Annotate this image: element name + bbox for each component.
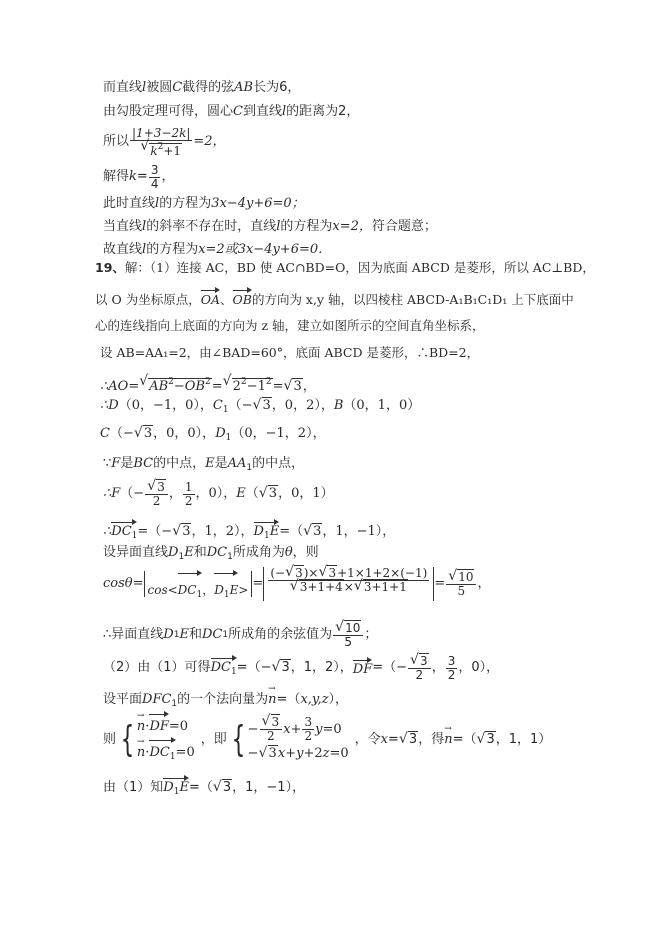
formula-coords-2: C（−3，0，0），D1（0，−1，2）， <box>100 426 326 446</box>
text: = <box>137 169 148 185</box>
text: 而直线 <box>103 80 142 95</box>
text: 的距离为2， <box>286 104 359 119</box>
var-C: C <box>233 104 243 119</box>
text: 到直线 <box>243 104 282 119</box>
text-line-equation: 此时直线l的方程为3x−4y+6=0； <box>103 196 305 212</box>
text: 所以 <box>103 134 129 150</box>
text-line-chord: 而直线l被圆C截得的弦AB长为6， <box>103 80 300 96</box>
q19-line-1: 19、解：（1）连接 AC，BD 使 AC∩BD=O，因为底面 ABCD 是菱形… <box>95 260 595 276</box>
fraction: 34 <box>149 164 161 191</box>
text-line-pythagoras: 由勾股定理可得，圆心C到直线l的距离为2， <box>103 104 359 120</box>
q19-line-4: 设 AB=AA₁=2，由∠BAD=60°，底面 ABCD 是菱形，∴BD=2， <box>100 345 479 361</box>
text: 被圆 <box>146 80 172 95</box>
text-angle-setup: 设异面直线D1E和DC1所成角为θ，则 <box>103 545 319 565</box>
var-C: C <box>172 80 182 95</box>
text: 长为6， <box>253 80 300 95</box>
system-left: n·DF=0 n·DC1=0 <box>137 712 195 768</box>
formula-AO: ∴AO=AB2−OB2=22−12=3， <box>100 374 316 395</box>
formula-coords-1: ∴D（0，−1，0），C1（−3，0，2），B（0，1，0） <box>100 398 420 418</box>
text: 设 AB=AA₁=2，由∠BAD=60°，底面 ABCD 是菱形，∴BD=2， <box>100 345 479 360</box>
part-label: （2） <box>103 660 137 676</box>
document-page: 而直线l被圆C截得的弦AB长为6， 由勾股定理可得，圆心C到直线l的距离为2， … <box>0 0 660 934</box>
question-number: 19、 <box>95 260 125 275</box>
q19-line-3: 心的连线指向上底面的方向为 z 轴，建立如图所示的空间直角坐标系， <box>95 318 485 334</box>
text: 以 O 为坐标原点， <box>95 292 201 307</box>
formula-system: 则{ n·DF=0 n·DC1=0 ，即{ −32x+32y=0 −3x+y+2… <box>103 712 551 768</box>
text-part2-line1: （2）由（1）可得DC1=（−3，1，2），DF=（−32，32，0）， <box>103 652 499 684</box>
denominator: k2+1 <box>130 141 192 158</box>
q19-line-2: 以 O 为坐标原点，OA、OB的方向为 x,y 轴，以四棱柱 ABCD-A₁B₁… <box>95 288 574 308</box>
var-AB: AB <box>234 80 253 95</box>
text: 由勾股定理可得，圆心 <box>103 104 233 119</box>
vector-OB: OB <box>233 288 252 308</box>
text: 解： <box>125 260 150 275</box>
text: 截得的弦 <box>182 80 234 95</box>
sqrt-icon: k2+1 <box>140 141 182 158</box>
text: 连接 AC，BD 使 AC∩BD=O，因为底面 ABCD 是菱形，所以 AC⊥B… <box>177 260 595 275</box>
brace-icon: { <box>231 720 245 760</box>
var-k: k <box>129 169 137 185</box>
formula-k: 解得k= 34 ， <box>103 160 174 194</box>
formula-distance: 所以 |1+3−2k| k2+1 =2， <box>103 122 226 162</box>
text-last-line: 由（1）知D1E=（3，1，−1）， <box>103 776 305 800</box>
system-right: −32x+32y=0 −3x+y+2z=0 <box>248 716 349 765</box>
text: 心的连线指向上底面的方向为 z 轴，建立如图所示的空间直角坐标系， <box>95 318 485 333</box>
text-line-conclusion: 故直线l的方程为x=2或3x−4y+6=0． <box>103 242 331 258</box>
text: ， <box>161 169 174 185</box>
text-midpoints: ∵F是BC的中点，E是AA1的中点， <box>103 456 304 476</box>
formula-cos: cosθ=cos<DC1，D1E>=(−3)×3+1×1+2×(−1)3+1+4… <box>103 566 491 602</box>
text: 解得 <box>103 169 129 185</box>
brace-icon: { <box>121 720 135 760</box>
part-label: （1） <box>150 260 177 275</box>
formula-F-E: ∴F（−32，12，0），E（3，0，1） <box>103 478 334 510</box>
text-line-vertical-case: 当直线l的斜率不存在时，直线l的方程为x=2，符合题意； <box>103 219 437 235</box>
text-cos-result: ∴异面直线D1E和DC1所成角的余弦值为105； <box>103 618 377 652</box>
vector-OA: OA <box>201 288 220 308</box>
text: =2， <box>193 134 225 150</box>
formula-vectors: ∴DC1=（−3，1，2），D1E=（3，1，−1）， <box>103 520 395 544</box>
text: 的方向为 x,y 轴，以四棱柱 ABCD-A₁B₁C₁D₁ 上下底面中 <box>252 292 574 307</box>
fraction: |1+3−2k| k2+1 <box>130 127 192 158</box>
